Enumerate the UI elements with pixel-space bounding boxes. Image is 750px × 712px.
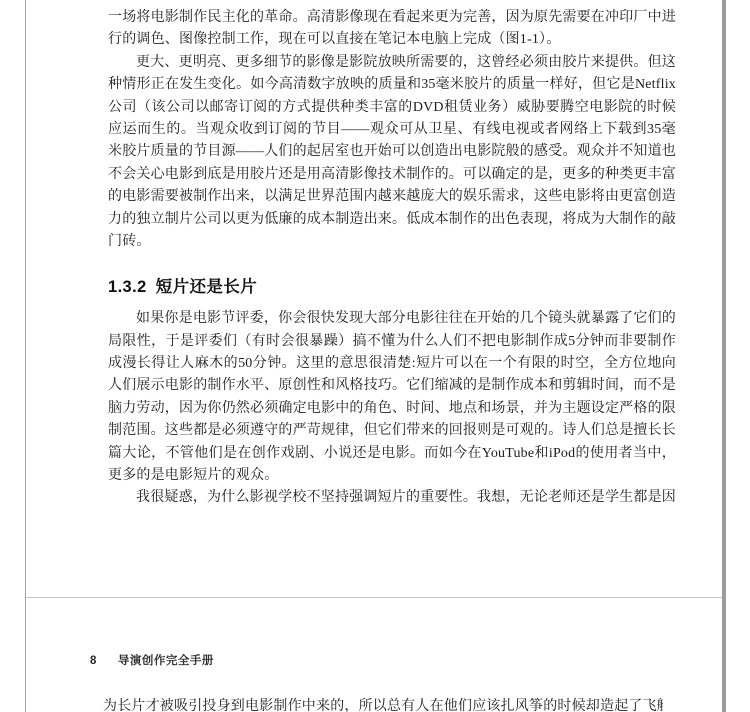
paragraph: 如果你是电影节评委，你会很快发现大部分电影往往在开始的几个镜头就暴露了它们的局限…	[108, 308, 676, 487]
page1-text-column: 一场将电影制作民主化的革命。高清影像现在看起来更为完善，因为原先需要在冲印厂中进…	[108, 7, 676, 510]
body-text-line: 种情形正在发生变化。如今高清数字放映的质量和35毫米胶片的质量一样好，但它是Ne…	[108, 74, 676, 96]
body-text-line: 成漫长得让人麻木的50分钟。这里的意思很清楚:短片可以在一个有限的时空，全方位地…	[108, 353, 676, 375]
body-text-line: 更大、更明亮、更多细节的影像是影院放映所需要的，这曾经必须由胶片来提供。但这	[108, 52, 676, 74]
body-text-line-clipped: 为长片才被吸引投身到电影制作中来的，所以总有人在他们应该扎风筝的时候却造起了飞艇	[103, 696, 663, 712]
body-text-line: 局限性，于是评委们（有时会很暴躁）搞不懂为什么人们不把电影制作成5分钟而非要制作	[108, 331, 676, 353]
running-header: 8导演创作完全手册	[90, 652, 214, 668]
body-text-line: 米胶片质量的节目源——人们的起居室也开始可以创造出电影院般的感受。观众并不知道也	[108, 141, 676, 163]
page-right-edge-shadow	[722, 0, 726, 712]
body-text-line: 行的调色、图像控制工作，现在可以直接在笔记本电脑上完成（图1-1）。	[108, 29, 676, 51]
body-text-line: 如果你是电影节评委，你会很快发现大部分电影往往在开始的几个镜头就暴露了它们的	[108, 308, 676, 330]
page-sheet-1: 一场将电影制作民主化的革命。高清影像现在看起来更为完善，因为原先需要在冲印厂中进…	[26, 0, 722, 597]
section-title: 短片还是长片	[156, 278, 257, 296]
body-text-line: 脑力劳动，因为你仍然必须确定电影中的角色、时间、地点和场景，并为主题设定严格的限	[108, 398, 676, 420]
pdf-viewport[interactable]: 一场将电影制作民主化的革命。高清影像现在看起来更为完善，因为原先需要在冲印厂中进…	[0, 0, 750, 712]
body-text-line: 不会关心电影到底是用胶片还是用高清影像技术制作的。可以确定的是，更多的种类更丰富	[108, 164, 676, 186]
section-heading: 1.3.2短片还是长片	[108, 275, 676, 299]
section-number: 1.3.2	[108, 278, 147, 296]
body-text-line: 的电影需要被制作出来，以满足世界范围内越来越庞大的娱乐需求，这些电影将由更富创造	[108, 186, 676, 208]
body-text-line: 一场将电影制作民主化的革命。高清影像现在看起来更为完善，因为原先需要在冲印厂中进	[108, 7, 676, 29]
body-text-line: 应运而生的。当观众收到订阅的节目——观众可从卫星、有线电视或者网络上下载到35毫	[108, 119, 676, 141]
paragraph: 一场将电影制作民主化的革命。高清影像现在看起来更为完善，因为原先需要在冲印厂中进…	[108, 7, 676, 52]
page-number: 8	[90, 655, 97, 667]
page-sheet-2: 8导演创作完全手册 为长片才被吸引投身到电影制作中来的，所以总有人在他们应该扎风…	[26, 598, 722, 712]
body-text-line: 门砖。	[108, 231, 676, 253]
body-text-line: 我很疑惑，为什么影视学校不坚持强调短片的重要性。我想，无论老师还是学生都是因	[108, 487, 676, 509]
paragraph: 我很疑惑，为什么影视学校不坚持强调短片的重要性。我想，无论老师还是学生都是因	[108, 487, 676, 509]
body-text-line: 人们展示电影的制作水平、原创性和风格技巧。它们缩减的是制作成本和剪辑时间，而不是	[108, 375, 676, 397]
body-text-line: 更多的是电影短片的观众。	[108, 465, 676, 487]
body-text-line: 公司（该公司以邮寄订阅的方式提供种类丰富的DVD租赁业务）威胁要腾空电影院的时候	[108, 97, 676, 119]
body-text-line: 力的独立制片公司以更为低廉的成本制造出来。低成本制作的出色表现，将成为大制作的敲	[108, 209, 676, 231]
body-text-line: 篇大论，不管他们是在创作戏剧、小说还是电影。而如今在YouTube和iPod的使…	[108, 443, 676, 465]
body-text-line: 制范围。这些都是必须遵守的严苛规律，但它们带来的回报则是可观的。诗人们总是擅长长	[108, 420, 676, 442]
book-title: 导演创作完全手册	[118, 655, 214, 667]
paragraph: 更大、更明亮、更多细节的影像是影院放映所需要的，这曾经必须由胶片来提供。但这种情…	[108, 52, 676, 254]
